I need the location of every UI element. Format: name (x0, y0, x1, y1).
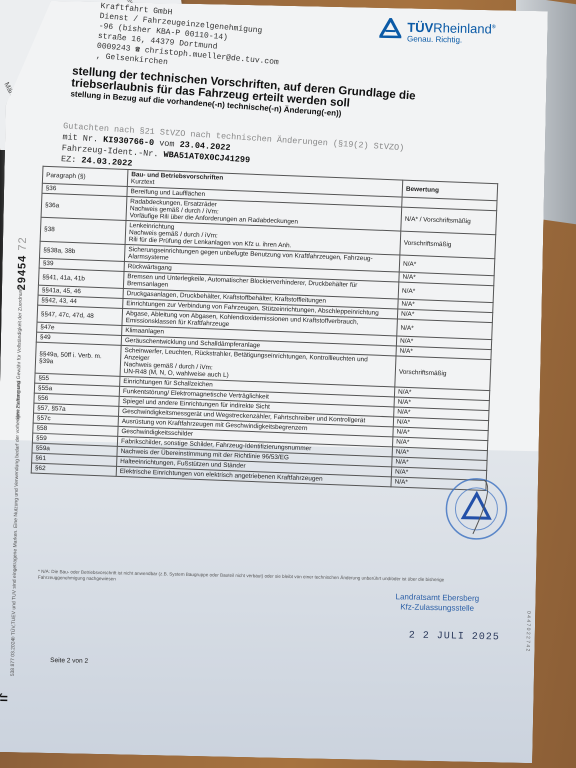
paragraph-cell: §62 (31, 463, 116, 476)
regulations-table: Paragraph (§) Bau- und Betriebsvorschrif… (31, 166, 498, 491)
report-date-label: vom (159, 138, 175, 149)
page-number: Seite 2 von 2 (50, 657, 88, 665)
table-body: §36Bereifung und Laufflächen§36aRadabdec… (31, 183, 497, 490)
authority-stamp: Landratsamt Ebersberg Kfz-Zulassungsstel… (395, 592, 479, 614)
serial-suffix: 72 (17, 236, 29, 250)
authority-dept: Kfz-Zulassungsstelle (395, 602, 479, 614)
paragraph-cell: §§49a, 50ff i. Verb. m. §39a (35, 342, 121, 376)
paragraph-cell: §38 (40, 217, 126, 244)
right-edge-code: 0 4 4 7 0 2 2 7 4 2 (524, 611, 531, 651)
issuer-address: Kraftfahrt GmbH Dienst / Fahrzeugeinzelg… (96, 2, 283, 78)
serial-number: 29454 72 (16, 236, 29, 290)
document-title: stellung der technischen Vorschriften, a… (70, 65, 491, 129)
rating-cell: N/A* / Vorschriftsmäßig (401, 207, 497, 235)
form-corner-mark-icon: ⁄= (0, 690, 8, 706)
tuv-seal-stamp-icon (443, 475, 510, 542)
stamp-date: 2 2 JULI 2025 (409, 631, 500, 644)
paragraph-cell: §36a (41, 193, 127, 220)
brand-name: TÜVRheinland® (407, 18, 496, 36)
brand-claim: Genau. Richtig. (407, 35, 495, 46)
form-code: 538 877 03.2024 (10, 639, 17, 677)
serial-number-value: 29454 (16, 255, 29, 291)
tuv-triangle-icon (379, 18, 401, 38)
tuv-logo: TÜVRheinland® Genau. Richtig. (379, 18, 496, 46)
ez-label: EZ: (61, 154, 77, 165)
footnote: * N/A: Die Bau- oder Betriebsvorschrift … (38, 569, 488, 590)
rating-cell: Vorschriftsmäßig (395, 356, 491, 391)
trademark-note: ® TÜV,TUEV und TUV sind eingetragene Mar… (11, 381, 22, 640)
document-page: 29454 72 ohne Haftung und Gewähr für Vol… (0, 0, 548, 763)
rating-cell: Vorschriftsmäßig (400, 231, 496, 259)
page-content: TÜVRheinland® Genau. Richtig. Kraftfahrt… (31, 1, 526, 731)
